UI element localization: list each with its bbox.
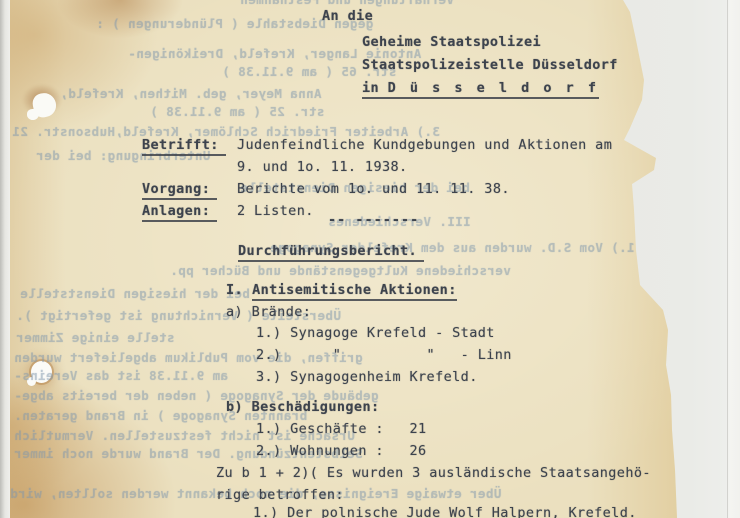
paper-sheet [10, 0, 682, 518]
punch-hole-bottom-tear [27, 377, 36, 386]
sleeve-edge-line [727, 0, 728, 518]
document-scan: Verhaftungen und Festnahmengegen Diebsta… [0, 0, 740, 518]
